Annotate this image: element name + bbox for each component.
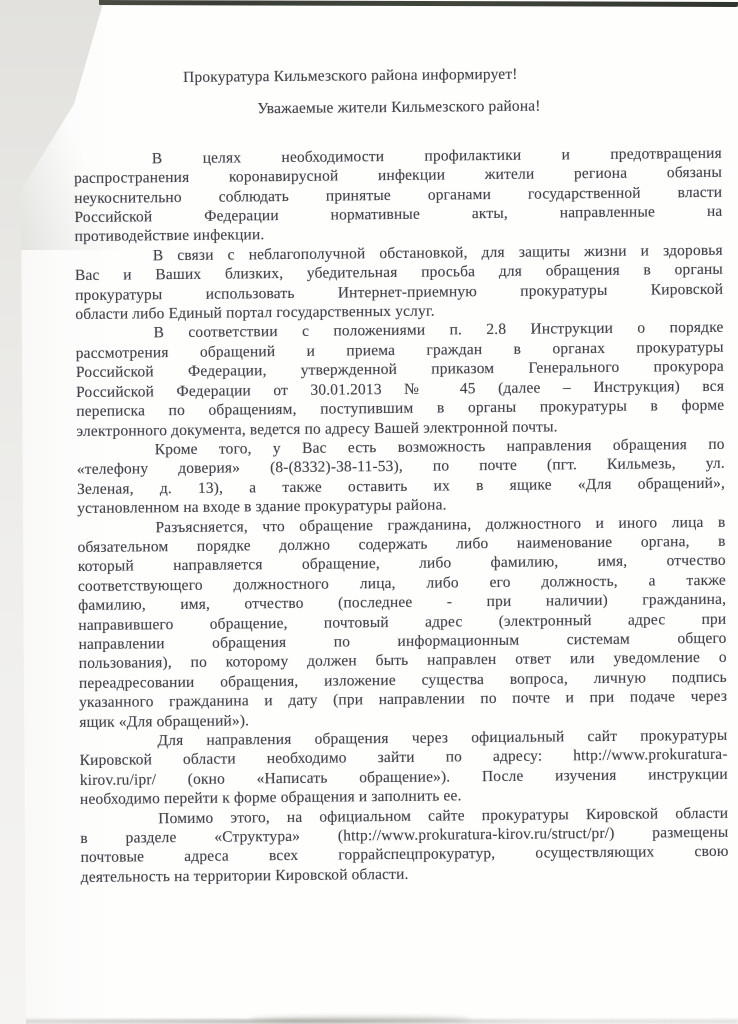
document-content: Прокуратура Кильмезского района информир… <box>73 63 729 887</box>
paragraph: В целях необходимости профилактики и пре… <box>74 144 723 247</box>
paragraph: Для направления обращения через официаль… <box>79 726 728 810</box>
scanned-document: Прокуратура Кильмезского района информир… <box>0 0 738 1024</box>
paragraph: В связи с неблагополучной обстановкой, д… <box>75 241 724 325</box>
paragraph: В соответствии с положениями п. 2.8 Инст… <box>75 318 724 441</box>
document-title: Прокуратура Кильмезского района информир… <box>183 63 721 88</box>
paragraph: Кроме того, у Вас есть возможность напра… <box>77 435 726 519</box>
paragraph: Разъясняется, что обращение гражданина, … <box>77 512 727 732</box>
document-salutation: Уважаемые жители Кильмезского района! <box>257 95 721 119</box>
paragraph: Помимо этого, на официальном сайте проку… <box>80 803 729 887</box>
scan-bottom-edge <box>0 1019 738 1024</box>
document-body: В целях необходимости профилактики и пре… <box>74 144 729 888</box>
